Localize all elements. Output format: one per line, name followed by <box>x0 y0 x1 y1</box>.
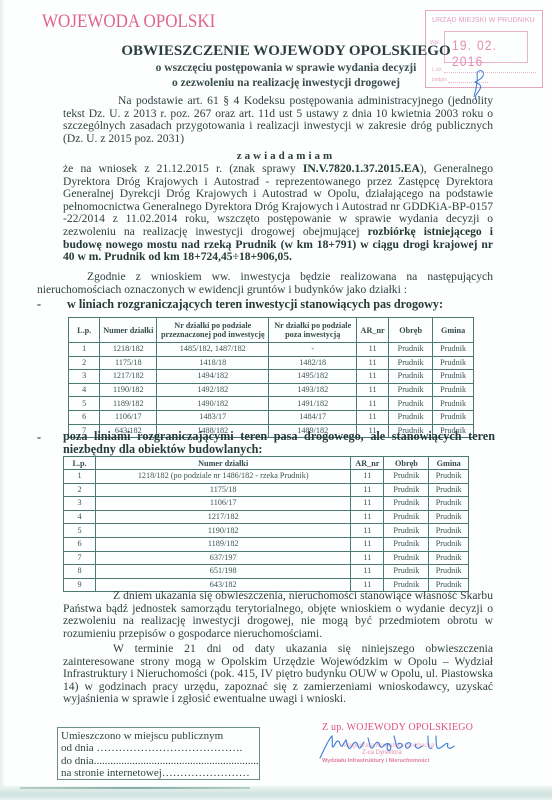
notice-text-1: że na wniosek z 21.12.2015 r. (znak spra… <box>63 162 303 175</box>
table-cell: 11 <box>357 397 389 411</box>
table-cell: 1190/182 <box>96 524 351 538</box>
table-cell: Prudnik <box>429 483 469 497</box>
table-cell: Prudnik <box>384 551 429 565</box>
table2-header-cell: Gmina <box>429 457 469 470</box>
table-cell: 11 <box>351 510 384 524</box>
table2-header-cell: Obręb <box>384 457 429 470</box>
consultation-text: W terminie 21 dni od daty ukazania się n… <box>63 642 493 705</box>
handwritten-signature-icon <box>318 732 468 762</box>
road-lane-parcels-table: L.p.Numer działkiNr działki po podziale … <box>68 317 474 438</box>
table-cell: Prudnik <box>433 383 474 397</box>
posting-line-web: na stronie internetowej…………………… <box>61 767 259 779</box>
table-row: 7637/19711PrudnikPrudnik <box>64 551 469 565</box>
table-cell: Prudnik <box>429 537 469 551</box>
table-cell: 3 <box>64 497 96 511</box>
construction-parcels-table: L.p.Numer działkiAR_nrObrębGmina 11218/1… <box>63 456 469 592</box>
table-cell: Prudnik <box>389 370 433 384</box>
table-cell: Prudnik <box>433 397 474 411</box>
table-cell: Prudnik <box>429 524 469 538</box>
table-cell: 11 <box>351 565 384 579</box>
restriction-paragraph: Z dniem ukazania się obwieszczenia, nier… <box>63 590 493 641</box>
posting-line-public: Umieszczono w miejscu publicznym <box>61 730 259 742</box>
table-row: 21175/181418/181482/1811PrudnikPrudnik <box>69 356 474 370</box>
table-cell: 1494/182 <box>157 370 269 384</box>
table-cell: 1491/182 <box>269 397 357 411</box>
table-cell: 1175/18 <box>100 356 157 370</box>
table-cell: 11 <box>357 383 389 397</box>
table-cell: 11 <box>357 356 389 370</box>
table-cell: Prudnik <box>429 470 469 484</box>
table-cell: Prudnik <box>384 483 429 497</box>
table-cell: 651/198 <box>96 565 351 579</box>
brand-heading: WOJEWODA OPOLSKI <box>42 10 215 32</box>
table-cell: Prudnik <box>389 397 433 411</box>
table-cell: 1218/182 <box>100 343 157 357</box>
table-cell: Prudnik <box>433 370 474 384</box>
notice-paragraph: że na wniosek z 21.12.2015 r. (znak spra… <box>63 163 493 264</box>
table-cell: Prudnik <box>389 356 433 370</box>
posting-line-from: od dnia …………………………………. <box>61 742 259 754</box>
table-cell: 11 <box>357 410 389 424</box>
document-page: WOJEWODA OPOLSKI URZĄD MIEJSKI W PRUDNIK… <box>0 0 552 800</box>
table-row: 61189/18211PrudnikPrudnik <box>64 537 469 551</box>
table2-header-cell: L.p. <box>64 457 96 470</box>
table-cell: Prudnik <box>384 524 429 538</box>
table2-header-row: L.p.Numer działkiAR_nrObrębGmina <box>64 457 469 470</box>
table1-header-cell: Nr działki po podziale przeznaczonej pod… <box>157 318 269 343</box>
table-cell: 1493/182 <box>269 383 357 397</box>
list2-heading: poza liniami rozgraniczającymi teren pas… <box>63 430 495 456</box>
table-cell: 1490/182 <box>157 397 269 411</box>
table-cell: 6 <box>69 410 100 424</box>
list2-dash: - <box>37 430 41 445</box>
table1-header-cell: Numer działki <box>100 318 157 343</box>
table-cell: 1482/18 <box>269 356 357 370</box>
table-row: 31106/1711PrudnikPrudnik <box>64 497 469 511</box>
table-cell: Prudnik <box>429 510 469 524</box>
table1-header-row: L.p.Numer działkiNr działki po podziale … <box>69 318 474 343</box>
list1-heading-text: w liniach rozgraniczających teren inwest… <box>67 297 443 311</box>
table-cell: 1492/182 <box>157 383 269 397</box>
table-cell: 8 <box>64 565 96 579</box>
signature-block: Z up. WOJEWODY OPOLSKIEGO Małgorzata Kow… <box>322 722 522 733</box>
table-cell: 11 <box>351 551 384 565</box>
table-cell: Prudnik <box>384 537 429 551</box>
table-cell: 7 <box>64 551 96 565</box>
table-cell: 1495/182 <box>269 370 357 384</box>
table-row: 21175/1811PrudnikPrudnik <box>64 483 469 497</box>
properties-intro-paragraph: Zgodnie z wnioskiem ww. inwestycja będzi… <box>37 271 493 296</box>
table-row: 8651/19811PrudnikPrudnik <box>64 565 469 579</box>
table-cell: 1483/17 <box>157 410 269 424</box>
table1-header-cell: Obręb <box>389 318 433 343</box>
table-cell: Prudnik <box>429 497 469 511</box>
table-cell: Prudnik <box>433 410 474 424</box>
table-cell: 11 <box>357 370 389 384</box>
table1-header-cell: L.p. <box>69 318 100 343</box>
table-cell: 1217/182 <box>100 370 157 384</box>
table-cell: 11 <box>351 497 384 511</box>
legal-basis-paragraph: Na podstawie art. 61 § 4 Kodeksu postępo… <box>63 95 493 146</box>
table-cell: 5 <box>64 524 96 538</box>
table-cell: 1189/182 <box>100 397 157 411</box>
table-cell: 637/197 <box>96 551 351 565</box>
posting-record-box: Umieszczono w miejscu publicznym od dnia… <box>57 727 260 780</box>
table1-header-cell: AR_nr <box>357 318 389 343</box>
case-number: IN.V.7820.1.37.2015.EA <box>303 162 420 175</box>
table-cell: Prudnik <box>433 356 474 370</box>
consultation-paragraph: W terminie 21 dni od daty ukazania się n… <box>63 643 493 706</box>
table-cell: Prudnik <box>384 510 429 524</box>
table2-header-cell: Numer działki <box>96 457 351 470</box>
table-row: 11218/1821485/182, 1487/182-11PrudnikPru… <box>69 343 474 357</box>
table-cell: Prudnik <box>384 565 429 579</box>
table-cell: 11 <box>351 537 384 551</box>
table-row: 41190/1821492/1821493/18211PrudnikPrudni… <box>69 383 474 397</box>
table-row: 51189/1821490/1821491/18211PrudnikPrudni… <box>69 397 474 411</box>
legal-basis-text: Na podstawie art. 61 § 4 Kodeksu postępo… <box>63 94 493 145</box>
scan-bottom-edge <box>0 786 552 800</box>
table-cell: 1106/17 <box>100 410 157 424</box>
table-cell: 6 <box>64 537 96 551</box>
table-row: 61106/171483/171484/1711PrudnikPrudnik <box>69 410 474 424</box>
table-cell: Prudnik <box>389 410 433 424</box>
list1-dash: - <box>37 297 67 312</box>
table-cell: Prudnik <box>384 497 429 511</box>
posting-line-to: do dnia.................................… <box>61 755 259 767</box>
table-cell: 1189/182 <box>96 537 351 551</box>
table-cell: Prudnik <box>389 383 433 397</box>
table-row: 41217/18211PrudnikPrudnik <box>64 510 469 524</box>
document-subtitle-2: o zezwoleniu na realizację inwestycji dr… <box>10 77 552 89</box>
restriction-text: Z dniem ukazania się obwieszczenia, nier… <box>63 589 493 640</box>
scan-edge <box>0 0 5 800</box>
table-cell: 1218/182 (po podziale nr 1486/182 - rzek… <box>96 470 351 484</box>
table-cell: 11 <box>351 524 384 538</box>
stamp-office: URZĄD MIEJSKI W PRUDNIKU <box>432 17 535 24</box>
table-cell: 1106/17 <box>96 497 351 511</box>
table1-header-cell: Nr działki po podziale poza inwestycją <box>269 318 357 343</box>
table-cell: 11 <box>351 470 384 484</box>
table-cell: 2 <box>64 483 96 497</box>
table-cell: - <box>269 343 357 357</box>
table-cell: 1217/182 <box>96 510 351 524</box>
table-cell: 1190/182 <box>100 383 157 397</box>
table1-header-cell: Gmina <box>433 318 474 343</box>
table2-header-cell: AR_nr <box>351 457 384 470</box>
table-cell: 1418/18 <box>157 356 269 370</box>
list1-heading: -w liniach rozgraniczających teren inwes… <box>37 297 507 312</box>
table-cell: 2 <box>69 356 100 370</box>
table-cell: 11 <box>357 343 389 357</box>
table-row: 51190/18211PrudnikPrudnik <box>64 524 469 538</box>
table-cell: 3 <box>69 370 100 384</box>
properties-intro-text: Zgodnie z wnioskiem ww. inwestycja będzi… <box>37 270 493 296</box>
table-cell: 1485/182, 1487/182 <box>157 343 269 357</box>
document-title: OBWIESZCZENIE WOJEWODY OPOLSKIEGO <box>10 43 552 60</box>
table-cell: 4 <box>69 383 100 397</box>
table-cell: 1 <box>69 343 100 357</box>
table-cell: 5 <box>69 397 100 411</box>
table-cell: Prudnik <box>429 551 469 565</box>
table-cell: 4 <box>64 510 96 524</box>
table-cell: Prudnik <box>433 343 474 357</box>
document-subtitle-1: o wszczęciu postępowania w sprawie wydan… <box>10 62 552 74</box>
table-cell: Prudnik <box>389 343 433 357</box>
table-cell: 1175/18 <box>96 483 351 497</box>
table-cell: Prudnik <box>384 470 429 484</box>
table-cell: 1484/17 <box>269 410 357 424</box>
table-row: 31217/1821494/1821495/18211PrudnikPrudni… <box>69 370 474 384</box>
table-cell: 11 <box>351 483 384 497</box>
table-row: 11218/182 (po podziale nr 1486/182 - rze… <box>64 470 469 484</box>
table-cell: 1 <box>64 470 96 484</box>
announcement-word: zawiadamiam <box>0 150 552 162</box>
table-cell: Prudnik <box>429 565 469 579</box>
